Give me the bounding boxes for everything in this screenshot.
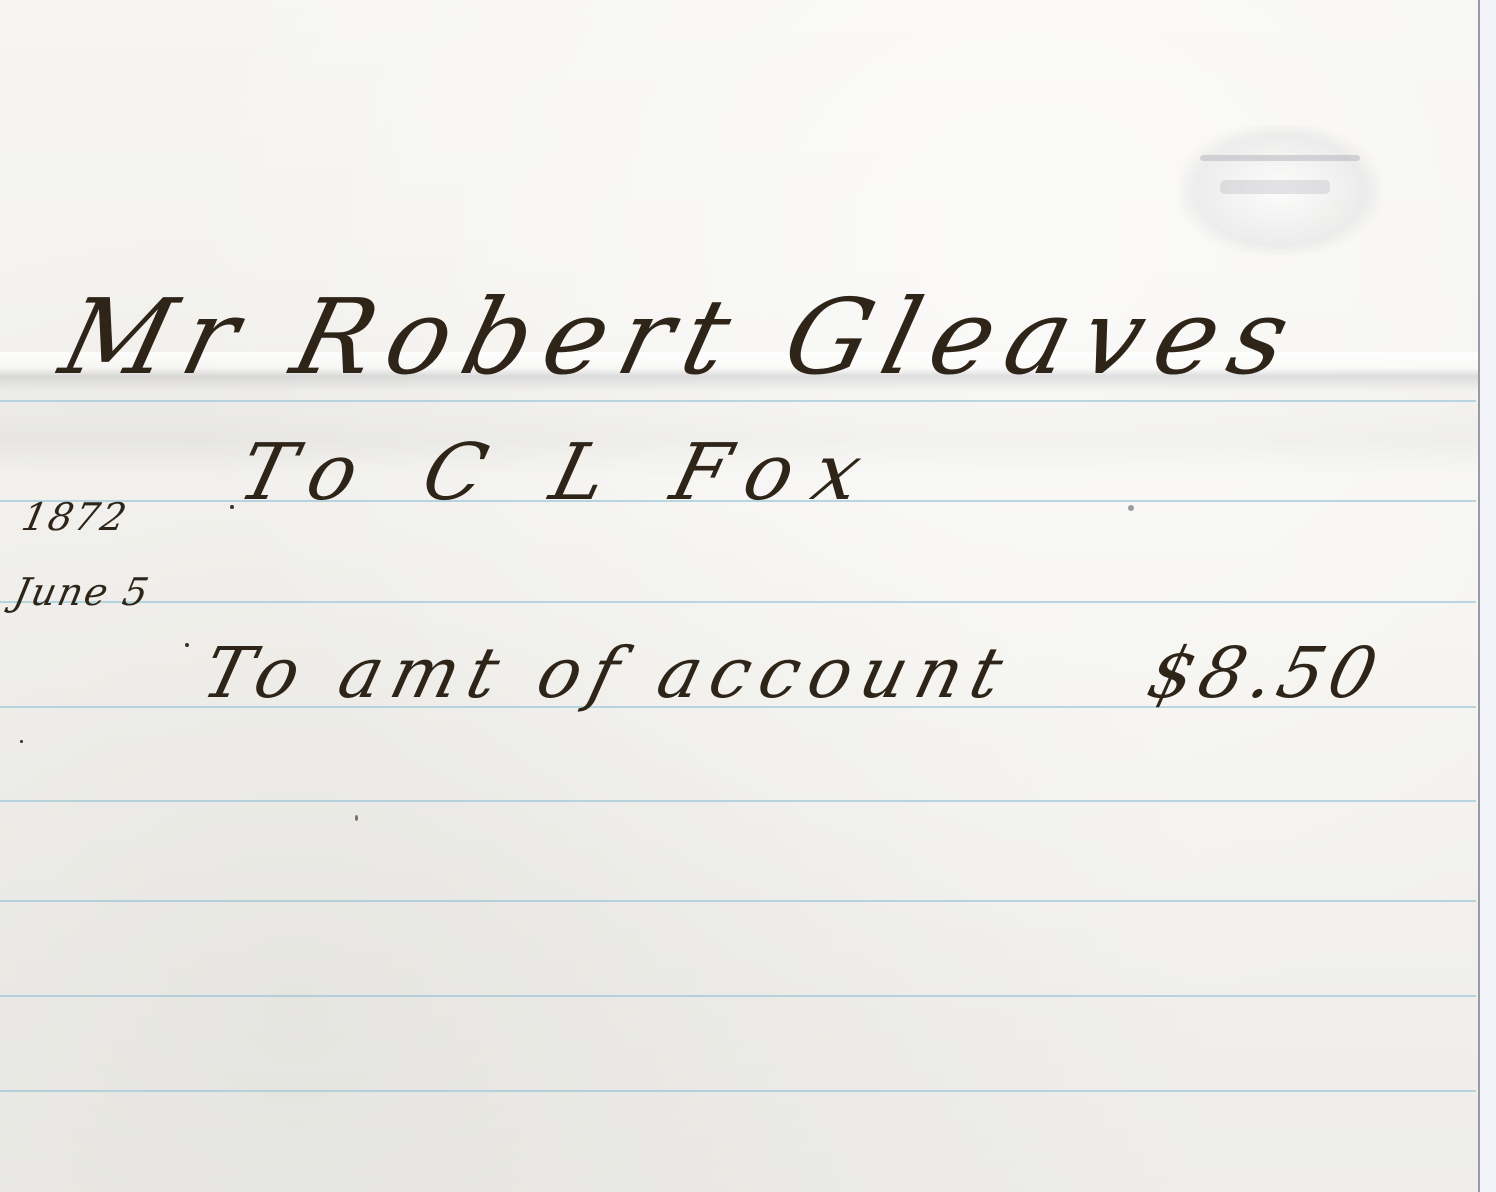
ink-speck <box>20 740 23 743</box>
paper-sheet: Mr Robert Gleaves To C L Fox 1872 June 5… <box>0 0 1480 1192</box>
ink-speck <box>230 505 234 509</box>
entry-description: To amt of account <box>195 632 1020 714</box>
embossed-stamp <box>1180 125 1380 255</box>
ruled-line <box>0 400 1476 402</box>
ruled-line <box>0 601 1476 603</box>
ruled-line <box>0 1090 1476 1092</box>
entry-amount: $8.50 <box>1140 632 1391 714</box>
addressee-name: Mr Robert Gleaves <box>50 276 1315 398</box>
creditor-line: To C L Fox <box>230 428 892 518</box>
date-month-day: June 5 <box>10 570 154 614</box>
ruled-line <box>0 900 1476 902</box>
ink-speck <box>185 643 189 647</box>
date-year: 1872 <box>18 495 132 539</box>
ruled-line <box>0 995 1476 997</box>
ruled-line <box>0 800 1476 802</box>
ink-speck <box>1128 505 1134 511</box>
ink-speck <box>355 815 358 821</box>
